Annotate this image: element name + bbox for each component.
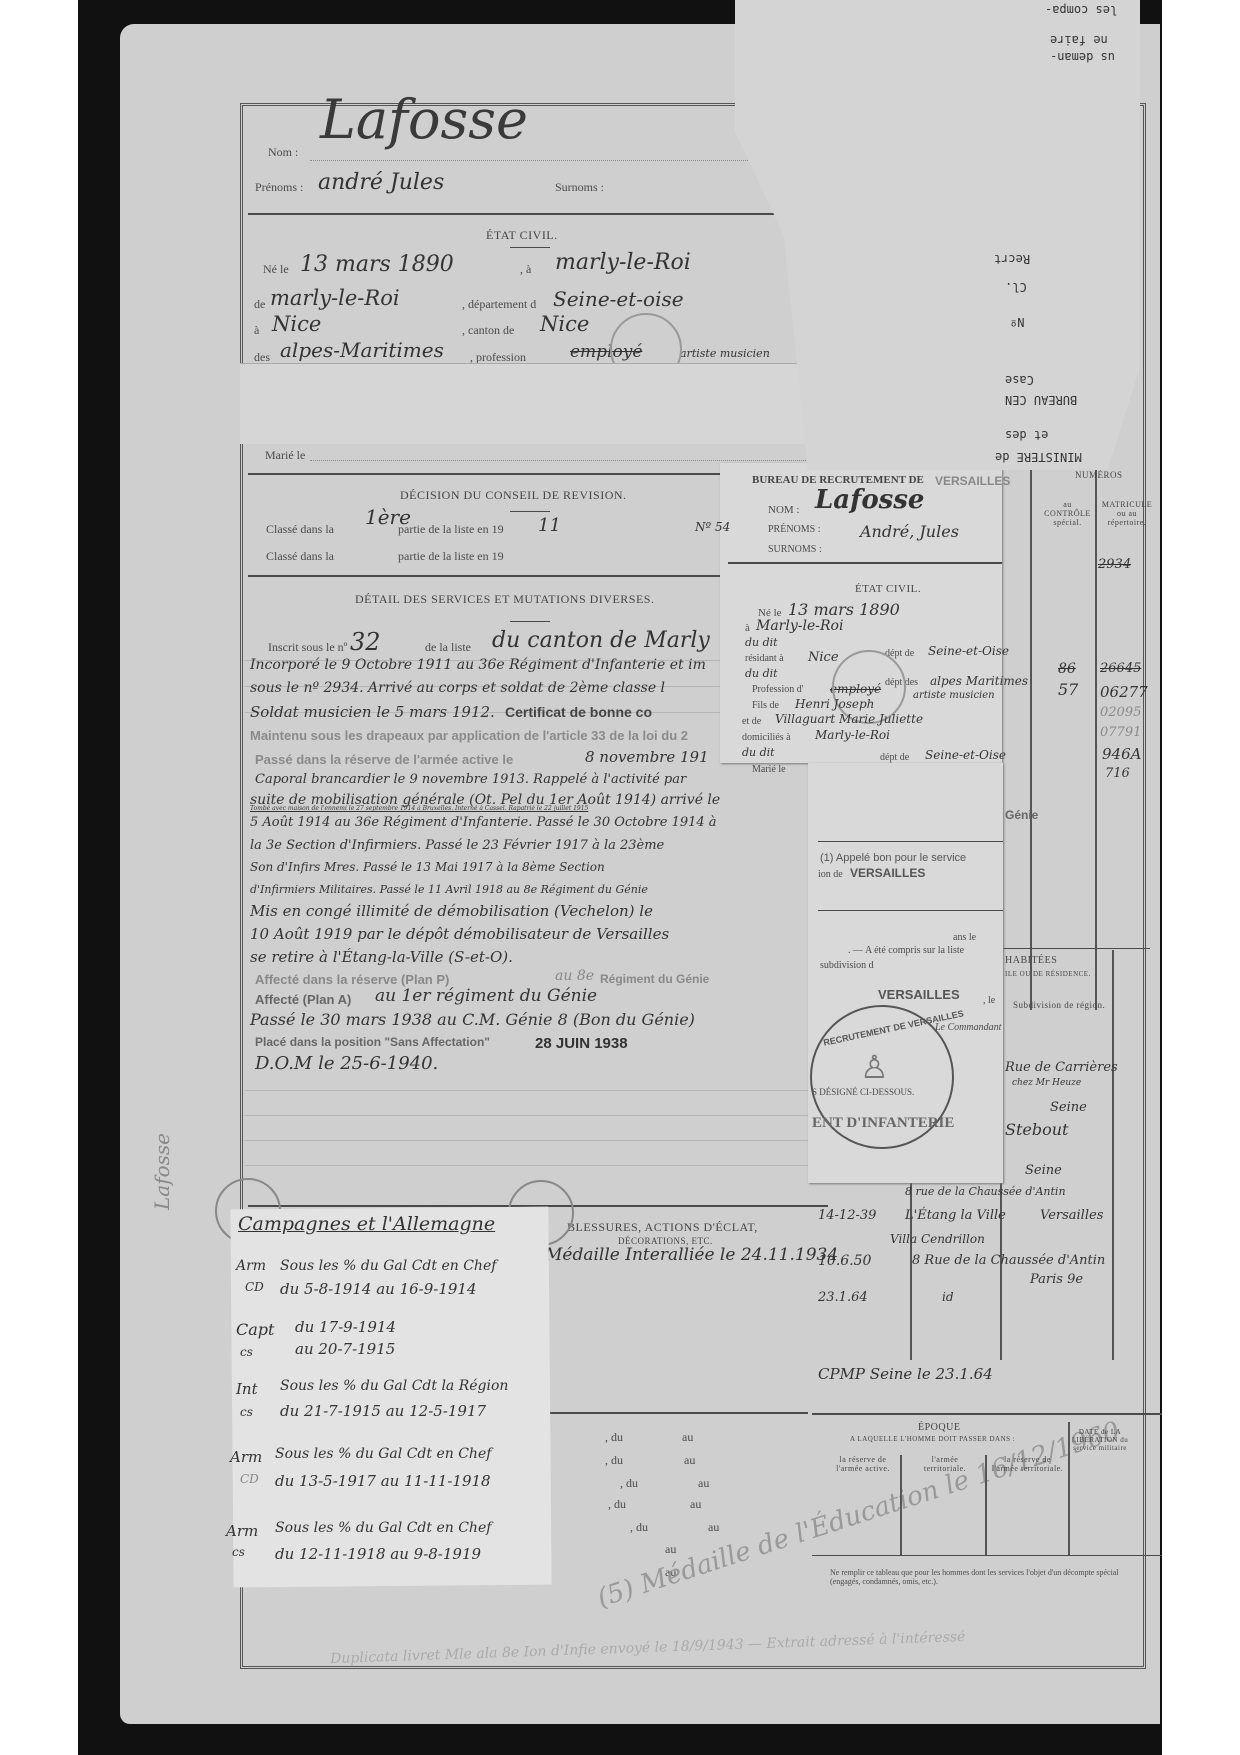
campaign-sub: cs (232, 1545, 245, 1559)
slip-line: Cl. (1005, 280, 1027, 294)
surnoms-label: Surnoms : (555, 180, 604, 195)
card-dep3-label: dépt de (880, 752, 909, 763)
card-prenoms-label: PRÉNOMS : (768, 524, 821, 535)
campaign-title: Campagnes et l'Allemagne (238, 1213, 495, 1235)
residence-label: ILE OU DE RÉSIDENCE. (1005, 970, 1091, 978)
slip-line: MINISTERE de (995, 450, 1082, 464)
column-divider (900, 1455, 902, 1555)
dom-line: D.O.M le 25-6-1940. (255, 1053, 438, 1074)
divider (812, 1413, 1162, 1415)
date-stamp: 28 JUIN 1938 (535, 1035, 628, 1052)
regiment-stamp: ENT D'INFANTERIE (812, 1115, 954, 1132)
matricule-value: 26645 (1100, 661, 1141, 676)
campaign-code: Arm (226, 1522, 258, 1540)
versailles-stamp: VERSAILLES (878, 987, 960, 1002)
epoque-col: la réserve de l'armée territoriale. (990, 1455, 1065, 1473)
subdivision2-label: subdivision d (820, 960, 874, 971)
services-line: Incorporé le 9 Octobre 1911 au 36e Régim… (250, 657, 706, 673)
passe-line: Passé le 30 mars 1938 au C.M. Génie 8 (B… (250, 1010, 695, 1029)
au-label: au (708, 1520, 719, 1535)
certificat-stamp: Certificat de bonne co (505, 704, 652, 720)
address-commune: Villa Cendrillon (890, 1232, 985, 1246)
services-line: se retire à l'Étang-la-Ville (S-et-O). (250, 948, 513, 966)
column-divider (1030, 470, 1032, 1010)
address-detail: Seine (1050, 1100, 1087, 1115)
profession-value: artiste musicien (680, 347, 770, 360)
campaign-sub: CD (240, 1472, 259, 1486)
campaign-line: du 12-11-1918 au 9-8-1919 (275, 1545, 481, 1563)
prenoms-value: andré Jules (318, 170, 444, 195)
inscrit-label: Inscrit sous le nº (268, 640, 347, 655)
appele-label: (1) Appelé bon pour le service (820, 852, 966, 864)
inscrit-value: 32 (350, 628, 381, 656)
habitees-title: HABITÉES (1005, 955, 1057, 966)
des-value: alpes-Maritimes (280, 338, 444, 362)
affecte-reserve-stamp: Affecté dans la réserve (Plan P) (255, 972, 449, 987)
canton-label: , canton de (462, 323, 514, 338)
card-dep2-value: alpes Maritimes (930, 674, 1028, 688)
address-commune: L'Étang la Ville (905, 1208, 1006, 1223)
classe1-label: Classé dans la (266, 522, 334, 537)
du-label: , du (630, 1520, 648, 1535)
du-label: , du (608, 1497, 626, 1512)
matricule-value: 2934 (1098, 557, 1131, 572)
du-label: , du (620, 1476, 638, 1491)
campaign-line: Sous les % du Gal Cdt en Chef (275, 1446, 491, 1462)
divider (548, 1412, 808, 1414)
card-mere-value: Villaguart Marie Juliette (775, 712, 923, 726)
matricule-value: 946A (1102, 745, 1141, 763)
card-fils-value: Henri Joseph (795, 697, 874, 711)
a2-value: Nice (272, 312, 321, 336)
campaign-line: du 21-7-1915 au 12-5-1917 (280, 1402, 486, 1420)
epoque-title: ÉPOQUE (918, 1422, 960, 1433)
column-divider (985, 1455, 987, 1555)
date-liberation: DATE de LA LIBÉRATION du service militai… (1070, 1428, 1130, 1452)
card-dep1-value: Seine-et-Oise (928, 644, 1009, 658)
campaign-sub: cs (240, 1345, 253, 1359)
campaign-line: du 17-9-1914 (295, 1318, 396, 1336)
address-commune: Stebout (1005, 1120, 1068, 1139)
designe-label: S DÉSIGNÉ CI-DESSOUS. (812, 1087, 914, 1097)
epoque-subtitle: A LAQUELLE L'HOMME DOIT PASSER DANS : (850, 1435, 1015, 1443)
compris-label: . — A été compris sur la liste (848, 945, 964, 956)
torn-paper-strip (240, 363, 840, 444)
subdivision-label: ion de (818, 869, 843, 880)
matricule-value: 07791 (1100, 725, 1141, 740)
a2-label: à (254, 323, 259, 338)
divider (728, 562, 1002, 564)
services-line: Caporal brancardier le 9 novembre 1913. … (255, 772, 686, 787)
title-underline (510, 511, 550, 512)
address-detail: Seine (1025, 1163, 1062, 1178)
canton-value: Nice (540, 312, 589, 336)
address-commune: 8 Rue de la Chaussée d'Antin (912, 1253, 1105, 1268)
matricule-value: 716 (1105, 766, 1130, 781)
title-underline (510, 247, 550, 248)
services-line: Soldat musicien le 5 mars 1912. (250, 703, 495, 721)
slip-line: Case (1005, 373, 1034, 387)
title-underline (510, 621, 550, 622)
card-nom-value: Lafosse (815, 485, 924, 515)
card-nom-label: NOM : (768, 504, 799, 516)
a-label: , à (520, 262, 531, 277)
services-line: 5 Août 1914 au 36e Régiment d'Infanterie… (250, 815, 717, 830)
passe-reserve-stamp: Passé dans la réserve de l'armée active … (255, 752, 513, 767)
card-marie-label: Marié le (752, 764, 786, 775)
controle-value: 57 (1058, 680, 1078, 699)
matricule-value: 06277 (1100, 683, 1148, 701)
card-etat-civil-title: ÉTAT CIVIL. (855, 583, 921, 595)
card-prenoms-value: André, Jules (860, 522, 959, 541)
campaign-sub: cs (240, 1405, 253, 1419)
slip-line: BUREAU CEN (1005, 393, 1077, 407)
address-detail: Versailles (1040, 1208, 1103, 1223)
divider (818, 841, 1003, 842)
subdivision-region: Subdivision de région. (1013, 1000, 1105, 1010)
classe1-suffix: partie de la liste en 19 (398, 522, 504, 537)
services-line: 10 Août 1919 par le dépôt démobilisateur… (250, 925, 669, 943)
au-label: au (698, 1476, 709, 1491)
card-surnoms-label: SURNOMS : (768, 544, 822, 555)
commandant-label: Le Commandant (935, 1022, 1001, 1033)
ruled-line (245, 1140, 835, 1141)
de-label: de (254, 297, 265, 312)
affecte-plan-a-stamp: Affecté (Plan A) (255, 992, 351, 1007)
campaign-code: Capt (236, 1320, 274, 1339)
departement-label: , département d (462, 297, 536, 312)
ans-le-label: ans le (953, 932, 976, 943)
place-stamp: Placé dans la position "Sans Affectation… (255, 1035, 490, 1049)
footnote: Ne remplir ce tableau que pour les homme… (830, 1568, 1130, 1586)
services-line: sous le nº 2934. Arrivé au corps et sold… (250, 680, 665, 696)
bureau-value: VERSAILLES (935, 474, 1010, 488)
side-note: Nº 54 (695, 520, 730, 534)
ruled-line (245, 1090, 835, 1091)
campaign-line: Sous les % du Gal Cdt la Région (280, 1378, 508, 1394)
overline-note: Tombé avec maison de l'ennemi le 27 sept… (250, 805, 588, 812)
divider (818, 910, 1003, 911)
campaign-line: Sous les % du Gal Cdt en Chef (280, 1258, 496, 1274)
marie-label: Marié le (265, 448, 305, 463)
slip-line: Nº (1010, 315, 1024, 329)
card-mere-label: et de (742, 716, 761, 727)
matricule-label: MATRICULE ou au répertoire. (1098, 500, 1156, 527)
column-divider (1112, 950, 1114, 1360)
affecte-reserve-suffix: Régiment du Génie (600, 972, 709, 986)
ne-le-label: Né le (263, 262, 289, 277)
card-a-value: Marly-le-Roi (756, 618, 843, 634)
card-du-dit: du dit (745, 636, 778, 649)
card-residant-value: Nice (808, 650, 839, 665)
address-commune: id (942, 1290, 954, 1304)
campaign-line: du 13-5-1917 au 11-11-1918 (275, 1472, 491, 1490)
slip-line: ne faire (1050, 33, 1108, 47)
card-profession-value: artiste musicien (913, 690, 995, 701)
numeros-title: NUMÉROS (1075, 470, 1123, 480)
slip-line: us deman- (1050, 50, 1115, 64)
marie-dotted-line (310, 460, 830, 461)
column-divider (1095, 470, 1097, 1010)
classe1-year: 11 (538, 515, 561, 536)
departement-value: Seine-et-oise (553, 287, 684, 311)
du-label: , du (605, 1453, 623, 1468)
divider (248, 213, 828, 215)
blessures-value: Médaille Interalliée le 24.11.1934 (545, 1245, 838, 1265)
nom-value: Lafosse (320, 88, 528, 151)
au-label: au (690, 1497, 701, 1512)
services-line: Son d'Infirs Mres. Passé le 13 Mai 1917 … (250, 860, 605, 874)
address-commune: 8 rue de la Chaussée d'Antin (905, 1185, 1066, 1198)
card-dep3-value: Seine-et-Oise (925, 748, 1006, 762)
matricule-value: 02095 (1100, 705, 1141, 720)
slip-line: Recrt (994, 252, 1030, 266)
ruled-line (245, 1115, 835, 1116)
passe-reserve-value: 8 novembre 191 (585, 748, 709, 766)
divider (812, 1555, 1162, 1556)
affecte-reserve-value: au 8e (555, 968, 594, 984)
a-value: marly-le-Roi (555, 250, 691, 275)
campaign-line: du 5-8-1914 au 16-9-1914 (280, 1280, 477, 1298)
ne-le-value: 13 mars 1890 (300, 252, 454, 277)
card-domicilies-label: domiciliés à (742, 732, 791, 743)
card-domicilies-value: Marly-le-Roi (815, 728, 890, 742)
campaign-code: Arm (230, 1448, 262, 1466)
statue-of-liberty-emblem-icon: ♙ (860, 1048, 889, 1086)
services-line: la 3e Section d'Infirmiers. Passé le 23 … (250, 838, 664, 853)
card-ne-le-value: 13 mars 1890 (788, 600, 900, 619)
campaign-sub: CD (245, 1280, 264, 1294)
controle-value: 86 (1058, 661, 1076, 677)
classe2-suffix: partie de la liste en 19 (398, 549, 504, 564)
genie-partial: Génie (1005, 808, 1038, 822)
address-date: 23.1.64 (818, 1290, 868, 1305)
address-date: 14-12-39 (818, 1208, 876, 1223)
affecte-plan-a-value: au 1er régiment du Génie (375, 986, 597, 1006)
blessures-title: BLESSURES, ACTIONS D'ÉCLAT, (567, 1220, 758, 1235)
detail-title: DÉTAIL DES SERVICES ET MUTATIONS DIVERSE… (355, 592, 654, 607)
services-line: d'Infirmiers Militaires. Passé le 11 Avr… (250, 883, 648, 896)
liste-label: de la liste (425, 640, 471, 655)
etat-civil-title: ÉTAT CIVIL. (486, 228, 558, 243)
de-value: marly-le-Roi (270, 286, 400, 310)
margin-pencil-note: Lafosse (150, 1133, 174, 1210)
epoque-col: l'armée territoriale. (910, 1455, 980, 1473)
card-fils-label: Fils de (752, 700, 779, 711)
liste-value: du canton de Marly (492, 628, 710, 653)
cpmp-line: CPMP Seine le 23.1.64 (818, 1365, 993, 1383)
address-detail: Paris 9e (1030, 1272, 1083, 1287)
address-date: 10.6.50 (818, 1253, 871, 1269)
campaign-line: au 20-7-1915 (295, 1340, 395, 1358)
campaign-code: Arm (236, 1258, 266, 1274)
card-du-dit: du dit (745, 667, 778, 680)
card-du-dit: du dit (742, 746, 775, 759)
services-line: Mis en congé illimité de démobilisation … (250, 902, 653, 920)
divider (1000, 948, 1150, 949)
epoque-col: la réserve de l'armée active. (828, 1455, 898, 1473)
au-label: au (665, 1542, 676, 1557)
ruled-line (245, 1165, 835, 1166)
address-detail: chez Mr Heuze (1012, 1078, 1081, 1088)
slip-line: les compa- (1045, 3, 1117, 17)
address-commune: Rue de Carrières (1005, 1060, 1118, 1075)
du-label: , du (605, 1430, 623, 1445)
maintenu-stamp: Maintenu sous les drapeaux par applicati… (250, 728, 688, 743)
campaign-line: Sous les % du Gal Cdt en Chef (275, 1520, 491, 1536)
campaign-code: Int (236, 1380, 258, 1398)
le-label: , le (983, 995, 995, 1006)
prenoms-label: Prénoms : (255, 180, 303, 195)
au-label: au (684, 1453, 695, 1468)
column-divider (1068, 1422, 1070, 1555)
classe2-label: Classé dans la (266, 549, 334, 564)
controle-label: au CONTRÔLE spécial. (1040, 500, 1095, 527)
card-residant-label: résidant à (745, 653, 784, 664)
card-a-label: à (745, 622, 750, 634)
decision-title: DÉCISION DU CONSEIL DE REVISION. (400, 488, 627, 503)
card-profession-label: Profession d' (752, 684, 804, 695)
slip-line: et des (1005, 428, 1048, 442)
nom-label: Nom : (268, 145, 298, 160)
subdivision-value: VERSAILLES (850, 866, 925, 880)
au-label: au (682, 1430, 693, 1445)
